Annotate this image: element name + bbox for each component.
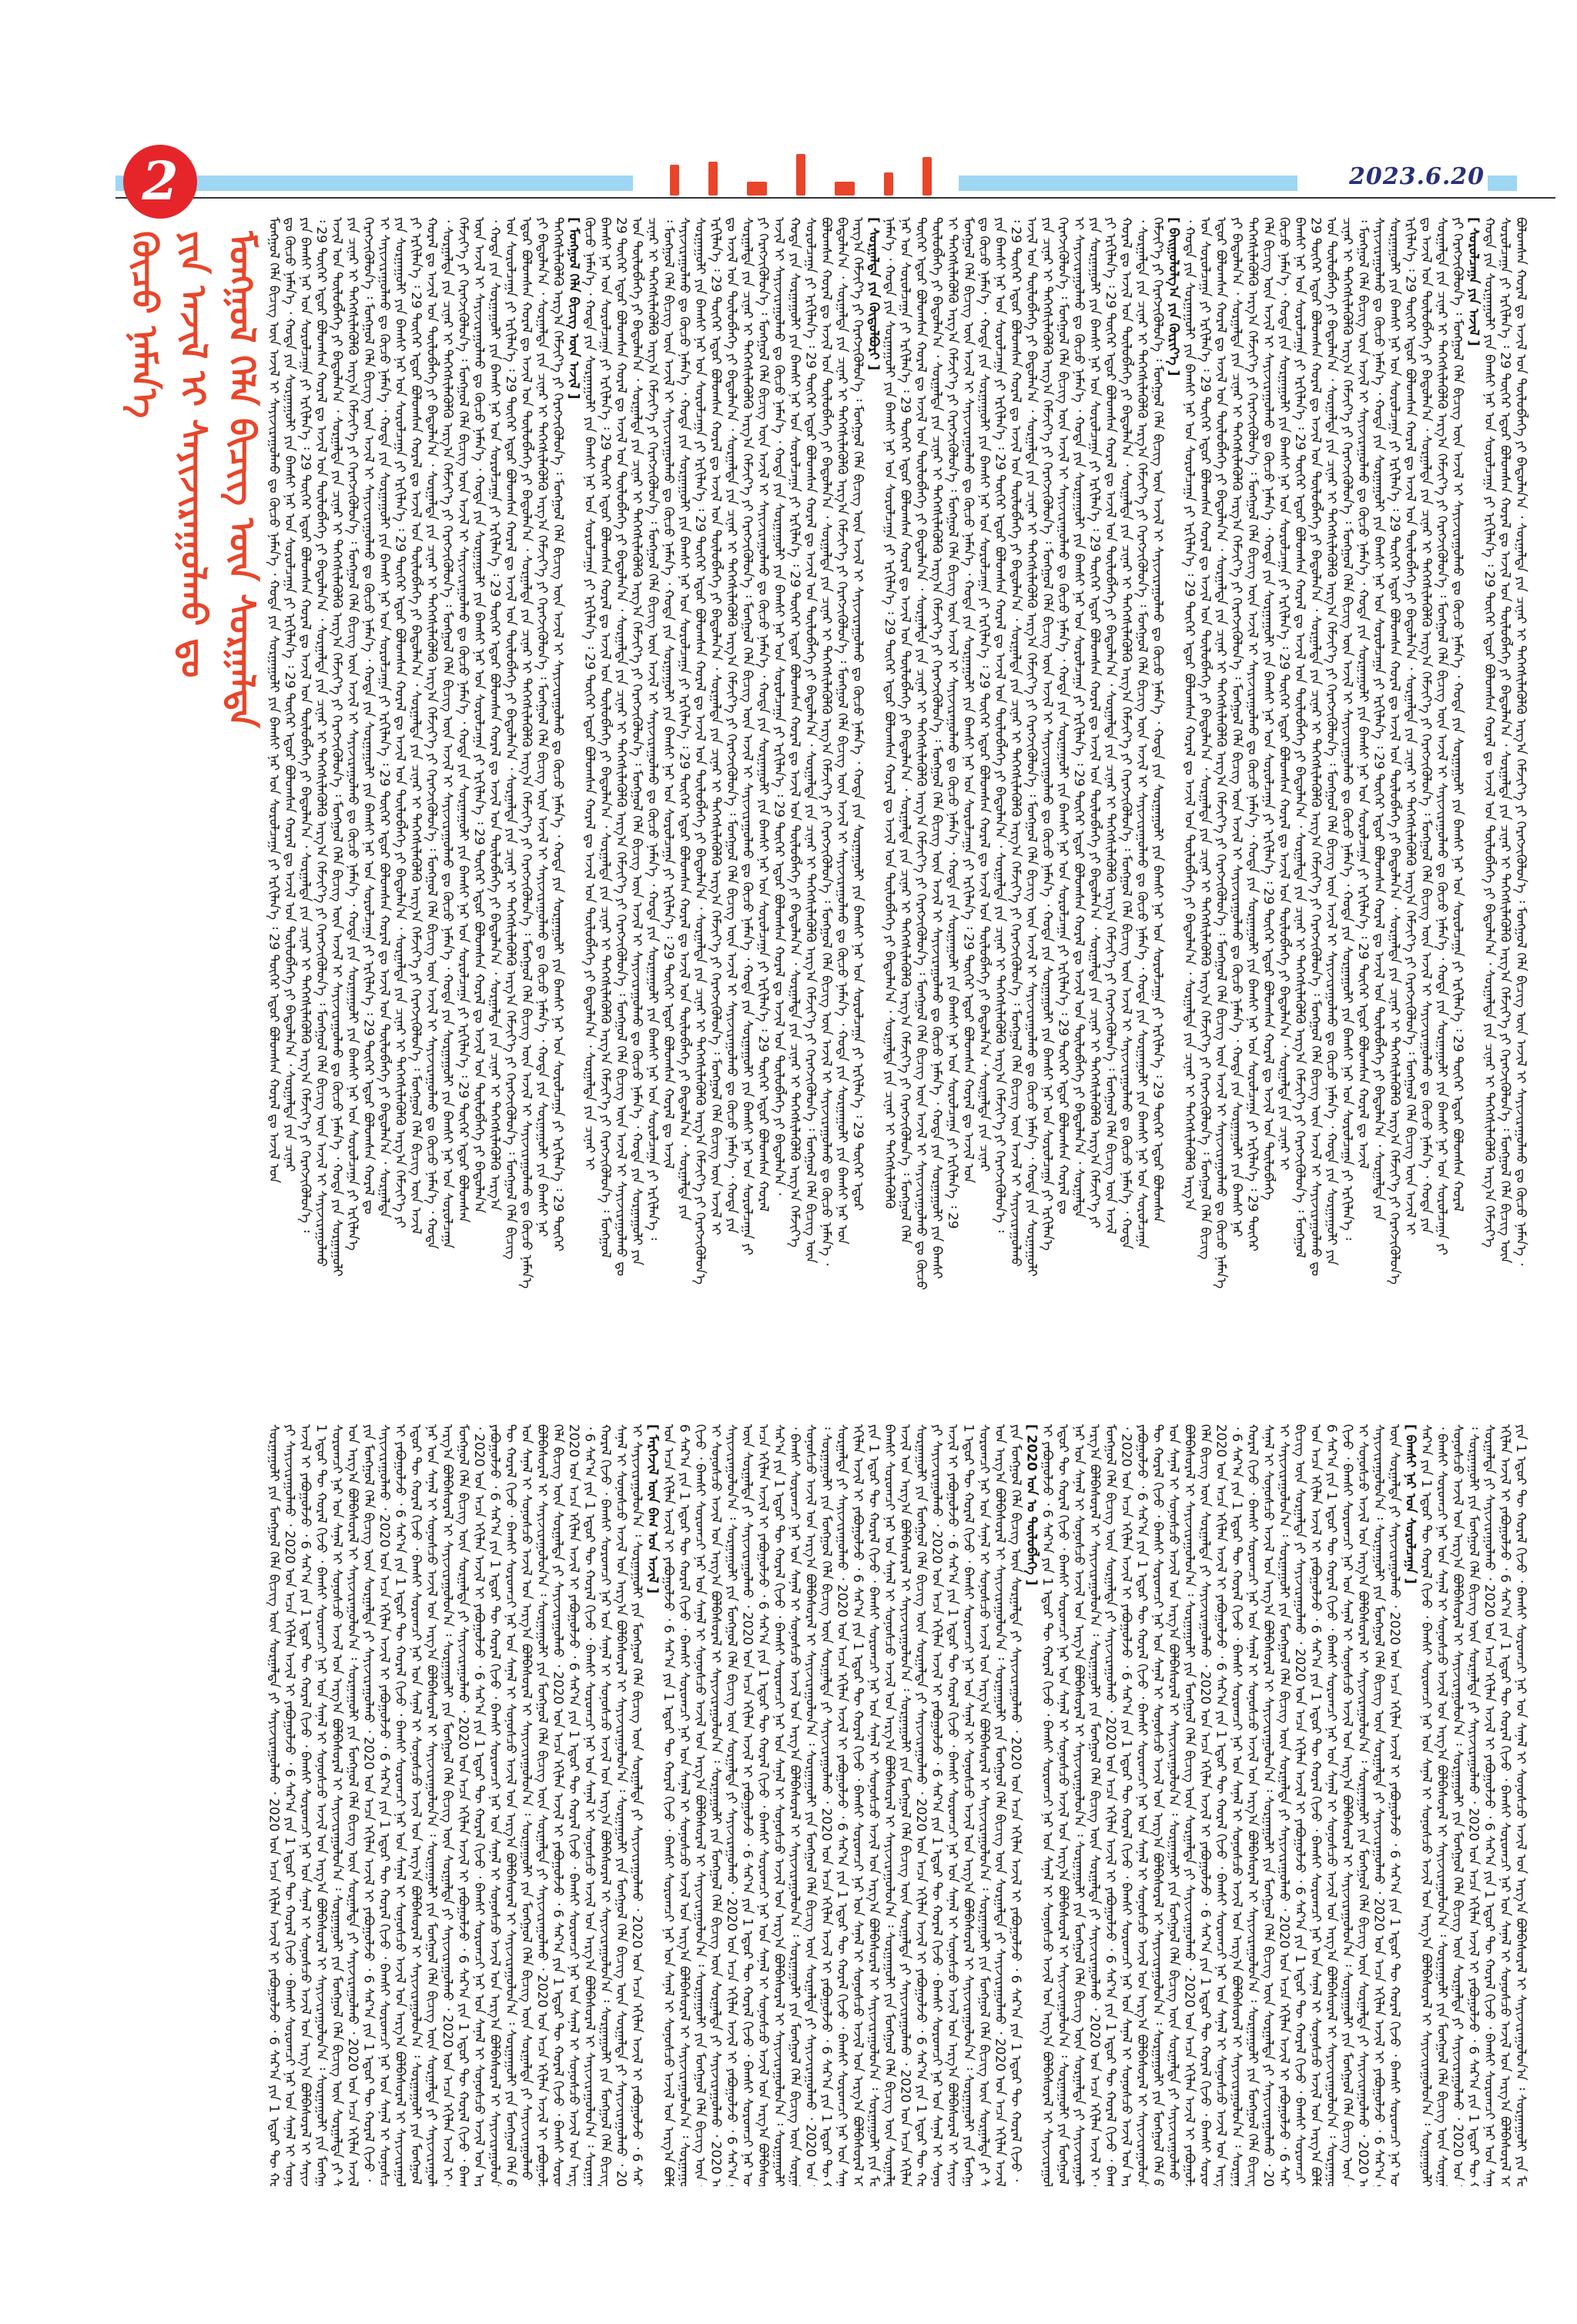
text-column: ᠤᠨ ᠰᠤᠷᠤᠯᠴᠠᠭᠠ ᠶᠢ ᠡᠷᠬᠢᠯᠡᠨ᠎ᠡ ᠄ 29 ᠳᠦᠭᠡᠷ ᠡᠳᠦ… xyxy=(1197,217,1214,1418)
headline-line: ᠶᠢᠨ ᠠᠵᠢᠯ ᠢ ᠰᠠᠶᠢᠵᠢᠷᠠᠭᠤᠯᠬᠤ ᠳᠤ xyxy=(172,231,213,1694)
text-column: ᠬᠡᠯᠡ ᠪᠢᠴᠢᠭ ᠦᠨ ᠠᠵᠢᠯ ᠢ ᠰᠠᠶᠢᠵᠢᠷᠠᠭᠤᠯᠬᠤ ᠳᠤ ᠬᠦ… xyxy=(1261,217,1277,1418)
text-column: ᠂ 2020 ᠣᠨ ᠠᠴᠠ ᠡᠬᠢᠯᠡᠨ ᠠᠵᠢᠯ ᠢ ᠶᠠᠪᠤᠭᠤᠯᠵᠤ ᠂ … xyxy=(1118,1424,1134,2186)
text-column: ᠡᠳᠦᠷ ᠲᠦ ᠬᠤᠷᠠᠯ ᠬᠢᠵᠦ ᠂ ᠪᠠᠭᠰᠢ ᠰᠤᠷᠤᠭᠴᠢ ᠨᠠᠷ ᠤ… xyxy=(1055,1424,1071,2186)
text-column: ᠰᠤᠷᠭᠠᠭᠤᠯᠢ ᠶᠢᠨ ᠮᠣᠩᠭᠣᠯ ᠬᠡᠯᠡ ᠪᠢᠴᠢᠭ ᠦᠨ ᠰᠤᠷᠭᠠ… xyxy=(266,1424,282,2186)
text-column: ᠰᠠᠨᠠᠯ ᠢ ᠰᠣᠨᠣᠰᠴᠤ ᠠᠵᠢᠯ ᠤᠨ ᠠᠷᠭ᠎ᠠ ᠪᠣᠯᠪᠠᠰᠤᠷᠠᠯ… xyxy=(613,1424,629,2186)
text-column: ᠪᠢᠴᠢᠭ ᠦᠨ ᠰᠤᠷᠭᠠᠯᠲᠠ ᠶᠢ ᠰᠠᠶᠢᠵᠢᠷᠠᠭᠤᠯᠬᠤ ᠂ 202… xyxy=(1292,1424,1308,2186)
text-column: ᠮᠣᠩᠭᠣᠯ ᠬᠡᠯᠡ ᠪᠢᠴᠢᠭ ᠦᠨ ᠠᠵᠢᠯ ᠢ ᠰᠠᠶᠢᠵᠢᠷᠠᠭᠤᠯᠬ… xyxy=(266,217,282,1418)
headline: ᠮᠣᠩᠭᠣᠯ ᠬᠡᠯᠡ ᠪᠢᠴᠢᠭ ᠦᠨ ᠰᠤᠷᠭᠠᠯᠲᠠ ᠶᠢᠨ ᠠᠵᠢᠯ ᠢ… xyxy=(123,231,262,1694)
text-column: ᠳᠤ ᠠᠵᠢᠯ ᠤᠨ ᠲᠥᠯᠦᠪᠯᠡᠭᠡ ᠶᠢ ᠪᠠᠲᠤᠯᠠᠨ᠎ᠠ ᠂ ᠰᠤᠷᠭ… xyxy=(724,217,740,1418)
text-column: ᠰᠤᠷᠭᠠᠯᠲᠠ ᠶᠢ ᠰᠠᠶᠢᠵᠢᠷᠠᠭᠤᠯᠬᠤ ᠂ 2020 ᠣᠨ ᠠᠴᠠ … xyxy=(834,1424,850,2186)
text-column: ᠂ ᠰᠤᠷᠭᠠᠯᠲᠠ ᠶᠢᠨ ᠴᠢᠨᠠᠷ ᠢ ᠳᠡᠭᠡᠭᠰᠢᠯᠡᠭᠦᠯᠬᠦ ᠠᠷ… xyxy=(440,217,456,1418)
text-column: ᠳᠤ ᠬᠦᠴᠦ ᠨᠡᠮᠡᠨ᠎ᠡ ᠂ ᠬᠣᠲᠠ ᠶᠢᠨ ᠰᠤᠷᠭᠠᠭᠤᠯᠢ ᠶᠢᠨ… xyxy=(976,217,993,1418)
text-column: ᠶᠢᠨ ᠴᠢᠨᠠᠷ ᠢ ᠳᠡᠭᠡᠭᠰᠢᠯᠡᠭᠦᠯᠬᠦ ᠠᠷᠭ᠎ᠠ ᠬᠡᠮᠵᠢᠶ᠎… xyxy=(1040,217,1056,1418)
text-column: ᠄ ᠮᠣᠩᠭᠣᠯ ᠬᠡᠯᠡ ᠪᠢᠴᠢᠭ ᠦᠨ ᠠᠵᠢᠯ ᠢ ᠰᠠᠶᠢᠵᠢᠷᠠᠭᠤ… xyxy=(661,217,677,1418)
text-column: ᠰᠤᠷᠤᠯᠴᠠᠭᠠ ᠶᠢ ᠡᠷᠬᠢᠯᠡᠨ᠎ᠡ ᠄ 29 ᠳᠦᠭᠡᠷ ᠡᠳᠦᠷ ᠪ… xyxy=(802,217,819,1418)
text-column: ᠰᠤᠷᠭᠠᠯᠲᠠ ᠶᠢ ᠰᠠᠶᠢᠵᠢᠷᠠᠭᠤᠯᠬᠤ ᠂ 2020 ᠣᠨ ᠠᠴᠠ … xyxy=(1482,1424,1498,2186)
text-column: ᠡᠬᠢᠯᠡᠨ ᠠᠵᠢᠯ ᠢ ᠶᠠᠪᠤᠭᠤᠯᠵᠤ ᠂ 6 ᠰᠠᠷ᠎ᠠ ᠶᠢᠨ 1 … xyxy=(1497,1424,1513,2186)
text-column: ᠮᠣᠩᠭᠣᠯ ᠬᠡᠯᠡ ᠪᠢᠴᠢᠭ ᠦᠨ ᠰᠤᠷᠭᠠᠯᠲᠠ ᠶᠢ ᠰᠠᠶᠢᠵᠢᠷ… xyxy=(1103,1424,1119,2186)
text-column: ᠂ 6 ᠰᠠᠷ᠎ᠠ ᠶᠢᠨ 1 ᠡᠳᠦᠷ ᠲᠦ ᠬᠤᠷᠠᠯ ᠬᠢᠵᠦ ᠂ ᠪᠠᠭ… xyxy=(1229,1424,1245,2186)
text-column: ᠢ ᠳᠡᠭᠡᠭᠰᠢᠯᠡᠭᠦᠯᠬᠦ ᠠᠷᠭ᠎ᠠ ᠬᠡᠮᠵᠢᠶ᠎ᠡ ᠶᠢ ᠬᠡᠷᠡᠭ… xyxy=(945,217,961,1418)
text-column: ᠶᠢ ᠬᠡᠷᠡᠭᠵᠢᠭᠦᠯᠦᠨ᠎ᠡ ᠄ ᠮᠣᠩᠭᠣᠯ ᠬᠡᠯᠡ ᠪᠢᠴᠢᠭ ᠦᠨ… xyxy=(755,217,772,1418)
header-bar-right xyxy=(1488,176,1517,191)
text-column: ᠰᠠᠶᠢᠵᠢᠷᠠᠭᠤᠯᠬᠤ ᠳᠤ ᠬᠦᠴᠦ ᠨᠡᠮᠡᠨ᠎ᠡ ᠂ ᠬᠣᠲᠠ ᠶᠢᠨ… xyxy=(676,217,692,1418)
text-column: ᠢ ᠶᠠᠪᠤᠭᠤᠯᠵᠤ ᠂ 6 ᠰᠠᠷ᠎ᠠ ᠶᠢᠨ 1 ᠡᠳᠦᠷ ᠲᠦ ᠬᠤᠷᠠ… xyxy=(1040,1424,1056,2186)
text-column: ᠰᠤᠷᠤᠭᠴᠢ ᠨᠠᠷ ᠤᠨ ᠰᠠᠨᠠᠯ ᠢ ᠰᠣᠨᠣᠰᠴᠤ ᠠᠵᠢᠯ ᠤᠨ ᠠ… xyxy=(976,1424,993,2186)
text-column: ᠰᠠᠶᠢᠵᠢᠷᠠᠭᠤᠯᠤᠨ᠎ᠠ ᠄ ᠰᠤᠷᠭᠠᠭᠤᠯᠢ ᠶᠢᠨ ᠮᠣᠩᠭᠣᠯ ᠬ… xyxy=(1371,1424,1387,2186)
section-subheading: [ ᠰᠤᠷᠭᠠᠯᠲᠠ ᠶᠢᠨ ᠬᠥᠲᠥᠯᠪᠦᠷᠢ ] xyxy=(866,217,882,1418)
text-column: ᠤᠨ ᠰᠠᠨᠠᠯ ᠢ ᠰᠣᠨᠣᠰᠴᠤ ᠠᠵᠢᠯ ᠤᠨ ᠠᠷᠭ᠎ᠠ ᠪᠣᠯᠪᠠᠰᠤ… xyxy=(518,1424,534,2186)
text-column: ᠄ ᠰᠤᠷᠭᠠᠭᠤᠯᠢ ᠶᠢᠨ ᠮᠣᠩᠭᠣᠯ ᠬᠡᠯᠡ ᠪᠢᠴᠢᠭ ᠦᠨ ᠰᠤᠷ… xyxy=(819,1424,835,2186)
section-subheading: [ ᠰᠤᠷᠤᠯᠴᠠᠭᠠ ᠶᠢᠨ ᠠᠵᠢᠯ ] xyxy=(1465,217,1482,1418)
text-column: ᠴᠢᠨᠠᠷ ᠢ ᠳᠡᠭᠡᠭᠰᠢᠯᠡᠭᠦᠯᠬᠦ ᠠᠷᠭ᠎ᠠ ᠬᠡᠮᠵᠢᠶ᠎ᠡ ᠶᠢ… xyxy=(645,217,661,1418)
text-column: ᠪᠣᠯᠪᠠᠰᠤᠷᠠᠯ ᠢ ᠰᠠᠶᠢᠵᠢᠷᠠᠭᠤᠯᠤᠨ᠎ᠠ ᠄ ᠰᠤᠷᠭᠠᠭᠤᠯᠢ… xyxy=(1181,1424,1197,2186)
text-column: ᠪᠠᠭᠰᠢ ᠰᠤᠷᠤᠭᠴᠢ ᠨᠠᠷ ᠤᠨ ᠰᠠᠨᠠᠯ ᠢ ᠰᠣᠨᠣᠰᠴᠤ ᠠᠵᠢ… xyxy=(882,1424,898,2186)
text-column: 1 ᠡᠳᠦᠷ ᠲᠦ ᠬᠤᠷᠠᠯ ᠬᠢᠵᠦ ᠂ ᠪᠠᠭᠰᠢ ᠰᠤᠷᠤᠭᠴᠢ ᠨᠠᠷ… xyxy=(313,1424,330,2186)
text-column: ᠬᠤᠷᠠᠯ ᠳᠤ ᠠᠵᠢᠯ ᠤᠨ ᠲᠥᠯᠦᠪᠯᠡᠭᠡ ᠶᠢ ᠪᠠᠲᠤᠯᠠᠨ᠎ᠠ … xyxy=(1118,217,1134,1418)
article-lower-section: ᠰᠤᠷᠭᠠᠭᠤᠯᠢ ᠶᠢᠨ ᠮᠣᠩᠭᠣᠯ ᠬᠡᠯᠡ ᠪᠢᠴᠢᠭ ᠦᠨ ᠰᠤᠷᠭᠠ… xyxy=(266,1424,1544,2186)
text-column: ᠲᠦ ᠬᠤᠷᠠᠯ ᠬᠢᠵᠦ ᠂ ᠪᠠᠭᠰᠢ ᠰᠤᠷᠤᠭᠴᠢ ᠨᠠᠷ ᠤᠨ ᠰᠠᠨ… xyxy=(1150,1424,1166,2186)
masthead-title xyxy=(670,154,932,196)
text-column: ᠣᠨ ᠠᠴᠠ ᠡᠬᠢᠯᠡᠨ ᠠᠵᠢᠯ ᠢ ᠶᠠᠪᠤᠭᠤᠯᠵᠤ ᠂ 6 ᠰᠠᠷ᠎ᠠ… xyxy=(1307,1424,1324,2186)
text-column: ᠰᠠᠶᠢᠵᠢᠷᠠᠭᠤᠯᠬᠤ ᠳᠤ ᠬᠦᠴᠦ ᠨᠡᠮᠡᠨ᠎ᠡ ᠂ ᠬᠣᠲᠠ ᠶᠢᠨ… xyxy=(1371,217,1387,1418)
text-column: ᠶᠢ ᠰᠠᠶᠢᠵᠢᠷᠠᠭᠤᠯᠬᠤ ᠂ 2020 ᠣᠨ ᠠᠴᠠ ᠡᠬᠢᠯᠡᠨ ᠠᠵ… xyxy=(282,1424,298,2186)
text-column: ᠄ ᠮᠣᠩᠭᠣᠯ ᠬᠡᠯᠡ ᠪᠢᠴᠢᠭ ᠦᠨ ᠠᠵᠢᠯ ᠢ ᠰᠠᠶᠢᠵᠢᠷᠠᠭᠤ… xyxy=(1355,217,1371,1418)
text-column: ᠢ ᠰᠠᠶᠢᠵᠢᠷᠠᠭᠤᠯᠤᠨ᠎ᠠ ᠄ ᠰᠤᠷᠭᠠᠭᠤᠯᠢ ᠶᠢᠨ ᠮᠣᠩᠭᠣᠯ… xyxy=(629,1424,645,2186)
section-subheading: [ ᠮᠣᠩᠭᠣᠯ ᠬᠡᠯᠡ ᠪᠢᠴᠢᠭ ᠦᠨ ᠠᠵᠢᠯ ] xyxy=(566,217,582,1418)
text-column: ᠨᠠᠷ ᠤᠨ ᠰᠠᠨᠠᠯ ᠢ ᠰᠣᠨᠣᠰᠴᠤ ᠠᠵᠢᠯ ᠤᠨ ᠠᠷᠭ᠎ᠠ ᠪᠣᠯ… xyxy=(424,1424,440,2186)
text-column: ᠦᠨ ᠰᠤᠷᠭᠠᠯᠲᠠ ᠶᠢ ᠰᠠᠶᠢᠵᠢᠷᠠᠭᠤᠯᠬᠤ ᠂ 2020 ᠣᠨ ᠠ… xyxy=(1387,1424,1403,2186)
text-column: ᠪᠠᠭᠰᠢ ᠨᠠᠷ ᠤᠨ ᠰᠤᠷᠤᠯᠴᠠᠭᠠ ᠶᠢ ᠡᠷᠬᠢᠯᠡᠨ᠎ᠡ ᠄ 29… xyxy=(1292,217,1308,1418)
issue-date: 2023.6.20 xyxy=(1349,163,1485,190)
text-column: ᠰᠤᠷᠤᠭᠴᠢ ᠨᠠᠷ ᠤᠨ ᠰᠠᠨᠠᠯ ᠢ ᠰᠣᠨᠣᠰᠴᠤ ᠠᠵᠢᠯ ᠤᠨ ᠠ… xyxy=(329,1424,345,2186)
text-column: ᠬᠡᠮᠵᠢᠶ᠎ᠡ ᠶᠢ ᠬᠡᠷᠡᠭᠵᠢᠭᠦᠯᠦᠨ᠎ᠡ ᠄ ᠮᠣᠩᠭᠣᠯ ᠬᠡᠯᠡ… xyxy=(455,217,471,1418)
text-column: ᠶᠠᠪᠤᠭᠤᠯᠵᠤ ᠂ 6 ᠰᠠᠷ᠎ᠠ ᠶᠢᠨ 1 ᠡᠳᠦᠷ ᠲᠦ ᠬᠤᠷᠠᠯ … xyxy=(487,1424,503,2186)
text-column: ᠬᠡᠯᠡ ᠪᠢᠴᠢᠭ ᠦᠨ ᠰᠤᠷᠭᠠᠯᠲᠠ ᠶᠢ ᠰᠠᠶᠢᠵᠢᠷᠠᠭᠤᠯᠬᠤ … xyxy=(550,1424,566,2186)
text-column: ᠠᠷᠭ᠎ᠠ ᠪᠣᠯᠪᠠᠰᠤᠷᠠᠯ ᠢ ᠰᠠᠶᠢᠵᠢᠷᠠᠭᠤᠯᠤᠨ᠎ᠠ ᠄ ᠰᠤᠷ… xyxy=(440,1424,456,2186)
text-column: ᠰᠠᠷ᠎ᠠ ᠶᠢᠨ 1 ᠡᠳᠦᠷ ᠲᠦ ᠬᠤᠷᠠᠯ ᠬᠢᠵᠦ ᠂ ᠪᠠᠭᠰᠢ ᠰ… xyxy=(1418,1424,1435,2186)
text-column: ᠠᠴᠠ ᠡᠬᠢᠯᠡᠨ ᠠᠵᠢᠯ ᠢ ᠶᠠᠪᠤᠭᠤᠯᠵᠤ ᠂ 6 ᠰᠠᠷ᠎ᠠ ᠶᠢ… xyxy=(755,1424,772,2186)
text-column: ᠣᠨ ᠠᠴᠠ ᠡᠬᠢᠯᠡᠨ ᠠᠵᠢᠯ ᠢ ᠶᠠᠪᠤᠭᠤᠯᠵᠤ ᠂ 6 ᠰᠠᠷ᠎ᠠ… xyxy=(661,1424,677,2186)
text-column: 29 ᠳᠦᠭᠡᠷ ᠡᠳᠦᠷ ᠪᠣᠯᠤᠭᠰᠠᠨ ᠬᠤᠷᠠᠯ ᠳᠤ ᠠᠵᠢᠯ ᠤᠨ … xyxy=(1307,217,1324,1418)
text-column: ᠡᠳᠦᠷ ᠪᠣᠯᠤᠭᠰᠠᠨ ᠬᠤᠷᠠᠯ ᠳᠤ ᠠᠵᠢᠯ ᠤᠨ ᠲᠥᠯᠦᠪᠯᠡᠭᠡ… xyxy=(518,217,534,1418)
text-column: ᠳᠡᠭᠡᠭᠰᠢᠯᠡᠭᠦᠯᠬᠦ ᠠᠷᠭ᠎ᠠ ᠬᠡᠮᠵᠢᠶ᠎ᠡ ᠶᠢ ᠬᠡᠷᠡᠭᠵᠢ… xyxy=(1244,217,1261,1418)
text-column: ᠂ ᠰᠤᠷᠭᠠᠯᠲᠠ ᠶᠢᠨ ᠴᠢᠨᠠᠷ ᠢ ᠳᠡᠭᠡᠭᠰᠢᠯᠡᠭᠦᠯᠬᠦ ᠠᠷ… xyxy=(1134,217,1150,1418)
text-column: ᠬᠤᠷᠠᠯ ᠬᠢᠵᠦ ᠂ ᠪᠠᠭᠰᠢ ᠰᠤᠷᠤᠭᠴᠢ ᠨᠠᠷ ᠤᠨ ᠰᠠᠨᠠᠯ … xyxy=(1244,1424,1261,2186)
text-column: ᠢ ᠰᠠᠶᠢᠵᠢᠷᠠᠭᠤᠯᠬᠤ ᠳᠤ ᠬᠦᠴᠦ ᠨᠡᠮᠡᠨ᠎ᠡ ᠂ ᠬᠣᠲᠠ ᠶ… xyxy=(1071,217,1087,1418)
text-column: ᠠᠵᠢᠯ ᠢ ᠶᠠᠪᠤᠭᠤᠯᠵᠤ ᠂ 6 ᠰᠠᠷ᠎ᠠ ᠶᠢᠨ 1 ᠡᠳᠦᠷ ᠲᠦ… xyxy=(297,1424,313,2186)
text-column: 2020 ᠣᠨ ᠠᠴᠠ ᠡᠬᠢᠯᠡᠨ ᠠᠵᠢᠯ ᠢ ᠶᠠᠪᠤᠭᠤᠯᠵᠤ ᠂ 6 … xyxy=(1213,1424,1229,2186)
text-column: ᠢ ᠰᠣᠨᠣᠰᠴᠤ ᠠᠵᠢᠯ ᠤᠨ ᠠᠷᠭ᠎ᠠ ᠪᠣᠯᠪᠠᠰᠤᠷᠠᠯ ᠢ ᠰᠠᠶ… xyxy=(1355,1424,1371,2186)
text-column: ᠶᠢᠨ ᠰᠤᠷᠭᠠᠭᠤᠯᠢ ᠶᠢᠨ ᠪᠠᠭᠰᠢ ᠨᠠᠷ ᠤᠨ ᠰᠤᠷᠤᠯᠴᠠᠭᠠ… xyxy=(392,217,408,1418)
text-column: ᠠᠵᠢᠯ ᠢ ᠰᠠᠶᠢᠵᠢᠷᠠᠭᠤᠯᠬᠤ ᠳᠤ ᠬᠦᠴᠦ ᠨᠡᠮᠡᠨ᠎ᠡ ᠂ ᠬ… xyxy=(771,217,787,1418)
text-column: ᠂ ᠪᠠᠭᠰᠢ ᠰᠤᠷᠤᠭᠴᠢ ᠨᠠᠷ ᠤᠨ ᠰᠠᠨᠠᠯ ᠢ ᠰᠣᠨᠣᠰᠴᠤ ᠠ… xyxy=(787,1424,803,2186)
text-column: ᠬᠣᠲᠠ ᠶᠢᠨ ᠰᠤᠷᠭᠠᠭᠤᠯᠢ ᠶᠢᠨ ᠪᠠᠭᠰᠢ ᠨᠠᠷ ᠤᠨ ᠰᠤᠷᠤ… xyxy=(787,217,803,1418)
text-column: ᠶᠢᠨ 1 ᠡᠳᠦᠷ ᠲᠦ ᠬᠤᠷᠠᠯ ᠬᠢᠵᠦ ᠂ ᠪᠠᠭᠰᠢ ᠰᠤᠷᠤᠭᠴᠢ… xyxy=(1513,1424,1529,2186)
text-column: ᠨᠡᠮᠡᠨ᠎ᠡ ᠂ ᠬᠣᠲᠠ ᠶᠢᠨ ᠰᠤᠷᠭᠠᠭᠤᠯᠢ ᠶᠢᠨ ᠪᠠᠭᠰᠢ ᠨ… xyxy=(882,217,898,1418)
text-column: ᠪᠣᠯᠪᠠᠰᠤᠷᠠᠯ ᠢ ᠰᠠᠶᠢᠵᠢᠷᠠᠭᠤᠯᠤᠨ᠎ᠠ ᠄ ᠰᠤᠷᠭᠠᠭᠤᠯᠢ… xyxy=(534,1424,551,2186)
text-column: ᠬᠡᠯᠡ ᠪᠢᠴᠢᠭ ᠦᠨ ᠰᠤᠷᠭᠠᠯᠲᠠ ᠶᠢ ᠰᠠᠶᠢᠵᠢᠷᠠᠭᠤᠯᠬᠤ … xyxy=(1197,1424,1214,2186)
text-column: ᠰᠠᠶᠢᠵᠢᠷᠠᠭᠤᠯᠬᠤ ᠂ 2020 ᠣᠨ ᠠᠴᠠ ᠡᠬᠢᠯᠡᠨ ᠠᠵᠢᠯ … xyxy=(377,1424,393,2186)
text-column: ᠠᠵᠢᠯ ᠢ ᠶᠠᠪᠤᠭᠤᠯᠵᠤ ᠂ 6 ᠰᠠᠷ᠎ᠠ ᠶᠢᠨ 1 ᠡᠳᠦᠷ ᠲᠦ… xyxy=(945,1424,961,2186)
text-column: ᠶᠢᠨ ᠮᠣᠩᠭᠣᠯ ᠬᠡᠯᠡ ᠪᠢᠴᠢᠭ ᠦᠨ ᠰᠤᠷᠭᠠᠯᠲᠠ ᠶᠢ ᠰᠠᠶ… xyxy=(1008,1424,1024,2186)
text-column: ᠬᠡᠷᠡᠭᠵᠢᠭᠦᠯᠦᠨ᠎ᠡ ᠄ ᠮᠣᠩᠭᠣᠯ ᠬᠡᠯᠡ ᠪᠢᠴᠢᠭ ᠦᠨ ᠠᠵ… xyxy=(1055,217,1071,1418)
section-subheading: [ ᠪᠠᠢᠭᠤᠯᠤᠯᠭ᠎ᠠ ᠶᠢᠨ ᠬᠦᠷᠢᠶ᠎ᠡ ] xyxy=(1166,217,1182,1418)
text-column: ᠰᠤᠷᠭᠠᠯᠲᠠ ᠶᠢᠨ ᠴᠢᠨᠠᠷ ᠢ ᠳᠡᠭᠡᠭᠰᠢᠯᠡᠭᠦᠯᠬᠦ ᠠᠷᠭ᠎… xyxy=(1434,217,1450,1418)
section-subheading: [ 2020 ᠣᠨ ᠤ ᠲᠥᠯᠦᠪᠯᠡᠭᠡ ] xyxy=(1023,1424,1040,2186)
text-column: ᠡᠳᠦᠷ ᠪᠣᠯᠤᠭᠰᠠᠨ ᠬᠤᠷᠠᠯ ᠳᠤ ᠠᠵᠢᠯ ᠤᠨ ᠲᠥᠯᠦᠪᠯᠡᠭᠡ… xyxy=(1213,217,1229,1418)
text-column: ᠰᠤᠷᠭᠠᠯᠲᠠ ᠶᠢᠨ ᠴᠢᠨᠠᠷ ᠢ ᠳᠡᠭᠡᠭᠰᠢᠯᠡᠭᠦᠯᠬᠦ ᠠᠷᠭ᠎… xyxy=(739,217,755,1418)
text-column: ᠰᠠᠷ᠎ᠠ ᠶᠢᠨ 1 ᠡᠳᠦᠷ ᠲᠦ ᠬᠤᠷᠠᠯ ᠬᠢᠵᠦ ᠂ ᠪᠠᠭᠰᠢ ᠰ… xyxy=(771,1424,787,2186)
text-column: ᠡᠳᠦᠷ ᠲᠦ ᠬᠤᠷᠠᠯ ᠬᠢᠵᠦ ᠂ ᠪᠠᠭᠰᠢ ᠰᠤᠷᠤᠭᠴᠢ ᠨᠠᠷ ᠤ… xyxy=(408,1424,424,2186)
text-column: ᠲᠦ ᠬᠤᠷᠠᠯ ᠬᠢᠵᠦ ᠂ ᠪᠠᠭᠰᠢ ᠰᠤᠷᠤᠭᠴᠢ ᠨᠠᠷ ᠤᠨ ᠰᠠᠨ… xyxy=(503,1424,519,2186)
text-column: ᠠᠵᠢᠯ ᠤᠨ ᠲᠥᠯᠦᠪᠯᠡᠭᠡ ᠶᠢ ᠪᠠᠲᠤᠯᠠᠨ᠎ᠠ ᠂ ᠰᠤᠷᠭᠠᠯᠲ… xyxy=(1023,217,1040,1418)
text-column: ᠪᠠᠭᠰᠢ ᠨᠠᠷ ᠤᠨ ᠰᠤᠷᠤᠯᠴᠠᠭᠠ ᠶᠢ ᠡᠷᠬᠢᠯᠡᠨ᠎ᠡ ᠄ 29… xyxy=(598,217,614,1418)
text-column: ᠄ 29 ᠳᠦᠭᠡᠷ ᠡᠳᠦᠷ ᠪᠣᠯᠤᠭᠰᠠᠨ ᠬᠤᠷᠠᠯ ᠳᠤ ᠠᠵᠢᠯ ᠤ… xyxy=(313,217,330,1418)
text-column: ᠤᠨ ᠰᠤᠷᠤᠯᠴᠠᠭᠠ ᠶᠢ ᠡᠷᠬᠢᠯᠡᠨ᠎ᠡ ᠄ 29 ᠳᠦᠭᠡᠷ ᠡᠳᠦ… xyxy=(503,217,519,1418)
text-column: 1 ᠡᠳᠦᠷ ᠲᠦ ᠬᠤᠷᠠᠯ ᠬᠢᠵᠦ ᠂ ᠪᠠᠭᠰᠢ ᠰᠤᠷᠤᠭᠴᠢ ᠨᠠᠷ… xyxy=(960,1424,976,2186)
article-upper-section: ᠮᠣᠩᠭᠣᠯ ᠬᠡᠯᠡ ᠪᠢᠴᠢᠭ ᠦᠨ ᠠᠵᠢᠯ ᠢ ᠰᠠᠶᠢᠵᠢᠷᠠᠭᠤᠯᠬ… xyxy=(266,217,1544,1418)
text-column: ᠄ 29 ᠳᠦᠭᠡᠷ ᠡᠳᠦᠷ ᠪᠣᠯᠤᠭᠰᠠᠨ ᠬᠤᠷᠠᠯ ᠳᠤ ᠠᠵᠢᠯ ᠤ… xyxy=(1008,217,1024,1418)
section-subheading: [ ᠮᠡᠷᠭᠡᠵᠢᠯ ᠦᠨ ᠪᠠᠭ ᠤᠨ ᠠᠵᠢᠯ ] xyxy=(645,1424,661,2186)
text-column: ᠰᠤᠷᠭᠠᠭᠤᠯᠢ ᠶᠢᠨ ᠪᠠᠭᠰᠢ ᠨᠠᠷ ᠤᠨ ᠰᠤᠷᠤᠯᠴᠠᠭᠠ ᠶᠢ … xyxy=(692,217,708,1418)
text-column: ᠰᠤᠷᠭᠠᠭᠤᠯᠢ ᠶᠢᠨ ᠪᠠᠭᠰᠢ ᠨᠠᠷ ᠤᠨ ᠰᠤᠷᠤᠯᠴᠠᠭᠠ ᠶᠢ … xyxy=(1387,217,1403,1418)
text-column: ᠄ ᠰᠤᠷᠭᠠᠭᠤᠯᠢ ᠶᠢᠨ ᠮᠣᠩᠭᠣᠯ ᠬᠡᠯᠡ ᠪᠢᠴᠢᠭ ᠦᠨ ᠰᠤᠷ… xyxy=(1465,1424,1482,2186)
text-column: ᠶᠢᠨ ᠮᠣᠩᠭᠣᠯ ᠬᠡᠯᠡ ᠪᠢᠴᠢᠭ ᠦᠨ ᠰᠤᠷᠭᠠᠯᠲᠠ ᠶᠢ ᠰᠠᠶ… xyxy=(360,1424,377,2186)
text-column: ᠮᠣᠩᠭᠣᠯ ᠬᠡᠯᠡ ᠪᠢᠴᠢᠭ ᠦᠨ ᠰᠤᠷᠭᠠᠯᠲᠠ ᠶᠢ ᠰᠠᠶᠢᠵᠢᠷ… xyxy=(455,1424,471,2186)
text-column: ᠳᠦᠭᠡᠷ ᠡᠳᠦᠷ ᠪᠣᠯᠤᠭᠰᠠᠨ ᠬᠤᠷᠠᠯ ᠳᠤ ᠠᠵᠢᠯ ᠤᠨ ᠲᠥᠯ… xyxy=(913,217,929,1418)
text-column: ᠪᠣᠯᠤᠭᠰᠠᠨ ᠬᠤᠷᠠᠯ ᠳᠤ ᠠᠵᠢᠯ ᠤᠨ ᠲᠥᠯᠦᠪᠯᠡᠭᠡ ᠶᠢ ᠪ… xyxy=(819,217,835,1418)
text-column: ᠰᠤᠷᠤᠯᠴᠠᠭᠠ ᠶᠢ ᠡᠷᠬᠢᠯᠡᠨ᠎ᠡ ᠄ 29 ᠳᠦᠭᠡᠷ ᠡᠳᠦᠷ ᠪ… xyxy=(1497,217,1513,1418)
text-column: ᠶᠢᠨ ᠪᠠᠭᠰᠢ ᠨᠠᠷ ᠤᠨ ᠰᠤᠷᠤᠯᠴᠠᠭᠠ ᠶᠢ ᠡᠷᠬᠢᠯᠡᠨ᠎ᠡ … xyxy=(297,217,313,1418)
text-column: ᠰᠠᠶᠢᠵᠢᠷᠠᠭᠤᠯᠤᠨ᠎ᠠ ᠄ ᠰᠤᠷᠭᠠᠭᠤᠯᠢ ᠶᠢᠨ ᠮᠣᠩᠭᠣᠯ ᠬ… xyxy=(724,1424,740,2186)
text-column: ᠠᠵᠢᠯ ᠤᠨ ᠲᠥᠯᠦᠪᠯᠡᠭᠡ ᠶᠢ ᠪᠠᠲᠤᠯᠠᠨ᠎ᠠ ᠂ ᠰᠤᠷᠭᠠᠯᠲ… xyxy=(329,217,345,1418)
text-column: ᠰᠤᠷᠭᠠᠭᠤᠯᠢ ᠶᠢᠨ ᠮᠣᠩᠭᠣᠯ ᠬᠡᠯᠡ ᠪᠢᠴᠢᠭ ᠦᠨ ᠰᠤᠷᠭᠠ… xyxy=(913,1424,929,2186)
text-column: ᠬᠤᠷᠠᠯ ᠳᠤ ᠠᠵᠢᠯ ᠤᠨ ᠲᠥᠯᠦᠪᠯᠡᠭᠡ ᠶᠢ ᠪᠠᠲᠤᠯᠠᠨ᠎ᠠ … xyxy=(424,217,440,1418)
text-column: ᠶᠢᠨ 1 ᠡᠳᠦᠷ ᠲᠦ ᠬᠤᠷᠠᠯ ᠬᠢᠵᠦ ᠂ ᠪᠠᠭᠰᠢ ᠰᠤᠷᠤᠭᠴᠢ… xyxy=(866,1424,882,2186)
text-column: ᠤᠨ ᠲᠥᠯᠦᠪᠯᠡᠭᠡ ᠶᠢ ᠪᠠᠲᠤᠯᠠᠨ᠎ᠠ ᠂ ᠰᠤᠷᠭᠠᠯᠲᠠ ᠶᠢᠨ… xyxy=(629,217,645,1418)
text-column: ᠨᠠᠷ ᠤᠨ ᠰᠤᠷᠤᠯᠴᠠᠭᠠ ᠶᠢ ᠡᠷᠬᠢᠯᠡᠨ᠎ᠡ ᠄ 29 ᠳᠦᠭᠡᠷ… xyxy=(897,217,913,1418)
section-subheading: [ ᠪᠠᠭᠰᠢ ᠨᠠᠷ ᠤᠨ ᠰᠤᠷᠤᠯᠴᠠᠭᠠ ] xyxy=(1402,1424,1418,2186)
text-column: ᠦᠨ ᠰᠤᠷᠭᠠᠯᠲᠠ ᠶᠢ ᠰᠠᠶᠢᠵᠢᠷᠠᠭᠤᠯᠬᠤ ᠂ 2020 ᠣᠨ ᠠ… xyxy=(739,1424,755,2186)
text-column: ᠶᠢ ᠡᠷᠬᠢᠯᠡᠨ᠎ᠡ ᠄ 29 ᠳᠦᠭᠡᠷ ᠡᠳᠦᠷ ᠪᠣᠯᠤᠭᠰᠠᠨ ᠬᠤ… xyxy=(408,217,424,1418)
text-column: ᠰᠣᠨᠣᠰᠴᠤ ᠠᠵᠢᠯ ᠤᠨ ᠠᠷᠭ᠎ᠠ ᠪᠣᠯᠪᠠᠰᠤᠷᠠᠯ ᠢ ᠰᠠᠶᠢᠵ… xyxy=(1450,1424,1466,2186)
headline-line: ᠬᠦᠴᠦ ᠨᠡᠮᠡᠨ᠎ᠡ xyxy=(123,231,164,1694)
headline-line: ᠮᠣᠩᠭᠣᠯ ᠬᠡᠯᠡ ᠪᠢᠴᠢᠭ ᠦᠨ ᠰᠤᠷᠭᠠᠯᠲᠠ xyxy=(221,231,262,1694)
text-column: ᠂ ᠬᠣᠲᠠ ᠶᠢᠨ ᠰᠤᠷᠭᠠᠭᠤᠯᠢ ᠶᠢᠨ ᠪᠠᠭᠰᠢ ᠨᠠᠷ ᠤᠨ ᠰᠤ… xyxy=(1181,217,1197,1418)
text-column: ᠲᠥᠯᠦᠪᠯᠡᠭᠡ ᠶᠢ ᠪᠠᠲᠤᠯᠠᠨ᠎ᠠ ᠂ ᠰᠤᠷᠭᠠᠯᠲᠠ ᠶᠢᠨ ᠴᠢ… xyxy=(929,217,945,1418)
text-column: ᠂ ᠪᠠᠭᠰᠢ ᠰᠤᠷᠤᠭᠴᠢ ᠨᠠᠷ ᠤᠨ ᠰᠠᠨᠠᠯ ᠢ ᠰᠣᠨᠣᠰᠴᠤ ᠠ… xyxy=(1434,1424,1450,2186)
text-column: ᠬᠡᠷᠡᠭᠵᠢᠭᠦᠯᠦᠨ᠎ᠡ ᠄ ᠮᠣᠩᠭᠣᠯ ᠬᠡᠯᠡ ᠪᠢᠴᠢᠭ ᠦᠨ ᠠᠵ… xyxy=(360,217,377,1418)
text-column: ᠡᠷᠬᠢᠯᠡᠨ᠎ᠡ ᠄ 29 ᠳᠦᠭᠡᠷ ᠡᠳᠦᠷ ᠪᠣᠯᠤᠭᠰᠠᠨ ᠬᠤᠷᠠᠯ… xyxy=(708,217,724,1418)
text-column: ᠤᠨ ᠰᠠᠨᠠᠯ ᠢ ᠰᠣᠨᠣᠰᠴᠤ ᠠᠵᠢᠯ ᠤᠨ ᠠᠷᠭ᠎ᠠ ᠪᠣᠯᠪᠠᠰᠤ… xyxy=(1166,1424,1182,2186)
text-column: 2020 ᠣᠨ ᠠᠴᠠ ᠡᠬᠢᠯᠡᠨ ᠠᠵᠢᠯ ᠢ ᠶᠠᠪᠤᠭᠤᠯᠵᠤ ᠂ 6 … xyxy=(566,1424,582,2186)
text-column: ᠶᠢ ᠬᠡᠷᠡᠭᠵᠢᠭᠦᠯᠦᠨ᠎ᠡ ᠄ ᠮᠣᠩᠭᠣᠯ ᠬᠡᠯᠡ ᠪᠢᠴᠢᠭ ᠦᠨ… xyxy=(1450,217,1466,1418)
text-column: ᠨᠠᠷ ᠤᠨ ᠰᠠᠨᠠᠯ ᠢ ᠰᠣᠨᠣᠰᠴᠤ ᠠᠵᠢᠯ ᠤᠨ ᠠᠷᠭ᠎ᠠ ᠪᠣᠯ… xyxy=(1071,1424,1087,2186)
text-column: ᠡᠷᠬᠢᠯᠡᠨ᠎ᠡ ᠄ 29 ᠳᠦᠭᠡᠷ ᠡᠳᠦᠷ ᠪᠣᠯᠤᠭᠰᠠᠨ ᠬᠤᠷᠠᠯ… xyxy=(1402,217,1418,1418)
text-column: ᠂ 2020 ᠣᠨ ᠠᠴᠠ ᠡᠬᠢᠯᠡᠨ ᠠᠵᠢᠯ ᠢ ᠶᠠᠪᠤᠭᠤᠯᠵᠤ ᠂ … xyxy=(471,1424,487,2186)
text-column: ᠬᠣᠲᠠ ᠶᠢᠨ ᠰᠤᠷᠭᠠᠭᠤᠯᠢ ᠶᠢᠨ ᠪᠠᠭᠰᠢ ᠨᠠᠷ ᠤᠨ ᠰᠤᠷᠤ… xyxy=(1482,217,1498,1418)
text-column: ᠂ ᠬᠣᠲᠠ ᠶᠢᠨ ᠰᠤᠷᠭᠠᠭᠤᠯᠢ ᠶᠢᠨ ᠪᠠᠭᠰᠢ ᠨᠠᠷ ᠤᠨ ᠰᠤ… xyxy=(487,217,503,1418)
text-column: ᠶᠠᠪᠤᠭᠤᠯᠵᠤ ᠂ 6 ᠰᠠᠷ᠎ᠠ ᠶᠢᠨ 1 ᠡᠳᠦᠷ ᠲᠦ ᠬᠤᠷᠠᠯ … xyxy=(1134,1424,1150,2186)
text-column: ᠶᠢᠨ ᠴᠢᠨᠠᠷ ᠢ ᠳᠡᠭᠡᠭᠰᠢᠯᠡᠭᠦᠯᠬᠦ ᠠᠷᠭ᠎ᠠ ᠬᠡᠮᠵᠢᠶ᠎… xyxy=(345,217,361,1418)
text-column: ᠂ 6 ᠰᠠᠷ᠎ᠠ ᠶᠢᠨ 1 ᠡᠳᠦᠷ ᠲᠦ ᠬᠤᠷᠠᠯ ᠬᠢᠵᠦ ᠂ ᠪᠠᠭ… xyxy=(581,1424,598,2186)
text-column: ᠳᠤ ᠬᠦᠴᠦ ᠨᠡᠮᠡᠨ᠎ᠡ ᠂ ᠬᠣᠲᠠ ᠶᠢᠨ ᠰᠤᠷᠭᠠᠭᠤᠯᠢ ᠶᠢᠨ… xyxy=(282,217,298,1418)
text-column: ᠬᠦᠴᠦ ᠨᠡᠮᠡᠨ᠎ᠡ ᠂ ᠬᠣᠲᠠ ᠶᠢᠨ ᠰᠤᠷᠭᠠᠭᠤᠯᠢ ᠶᠢᠨ ᠪᠠ… xyxy=(1276,217,1292,1418)
text-column: ᠶᠢ ᠡᠷᠬᠢᠯᠡᠨ᠎ᠡ ᠄ 29 ᠳᠦᠭᠡᠷ ᠡᠳᠦᠷ ᠪᠣᠯᠤᠭᠰᠠᠨ ᠬᠤ… xyxy=(1103,217,1119,1418)
text-column: ᠪᠣᠯᠤᠭᠰᠠᠨ ᠬᠤᠷᠠᠯ ᠳᠤ ᠠᠵᠢᠯ ᠤᠨ ᠲᠥᠯᠦᠪᠯᠡᠭᠡ ᠶᠢ ᠪ… xyxy=(1513,217,1529,1418)
header-bar-middle xyxy=(959,176,1297,191)
text-column: ᠶᠢ ᠪᠠᠲᠤᠯᠠᠨ᠎ᠠ ᠂ ᠰᠤᠷᠭᠠᠯᠲᠠ ᠶᠢᠨ ᠴᠢᠨᠠᠷ ᠢ ᠳᠡᠭᠡ… xyxy=(1229,217,1245,1418)
text-column: ᠶᠢ ᠪᠠᠲᠤᠯᠠᠨ᠎ᠠ ᠂ ᠰᠤᠷᠭᠠᠯᠲᠠ ᠶᠢᠨ ᠴᠢᠨᠠᠷ ᠢ ᠳᠡᠭᠡ… xyxy=(534,217,551,1418)
text-column: 6 ᠰᠠᠷ᠎ᠠ ᠶᠢᠨ 1 ᠡᠳᠦᠷ ᠲᠦ ᠬᠤᠷᠠᠯ ᠬᠢᠵᠦ ᠂ ᠪᠠᠭᠰᠢ… xyxy=(676,1424,692,2186)
text-column: 29 ᠳᠦᠭᠡᠷ ᠡᠳᠦᠷ ᠪᠣᠯᠤᠭᠰᠠᠨ ᠬᠤᠷᠠᠯ ᠳᠤ ᠠᠵᠢᠯ ᠤᠨ … xyxy=(613,217,629,1418)
text-column: ᠶᠢᠨ ᠪᠠᠭᠰᠢ ᠨᠠᠷ ᠤᠨ ᠰᠤᠷᠤᠯᠴᠠᠭᠠ ᠶᠢ ᠡᠷᠬᠢᠯᠡᠨ᠎ᠡ … xyxy=(992,217,1008,1418)
text-column: ᠡᠬᠢᠯᠡᠨ ᠠᠵᠢᠯ ᠢ ᠶᠠᠪᠤᠭᠤᠯᠵᠤ ᠂ 6 ᠰᠠᠷ᠎ᠠ ᠶᠢᠨ 1 … xyxy=(850,1424,866,2186)
text-column: ᠬᠦᠴᠦ ᠨᠡᠮᠡᠨ᠎ᠡ ᠂ ᠬᠣᠲᠠ ᠶᠢᠨ ᠰᠤᠷᠭᠠᠭᠤᠯᠢ ᠶᠢᠨ ᠪᠠ… xyxy=(581,217,598,1418)
text-column: ᠴᠢᠨᠠᠷ ᠢ ᠳᠡᠭᠡᠭᠰᠢᠯᠡᠭᠦᠯᠬᠦ ᠠᠷᠭ᠎ᠠ ᠬᠡᠮᠵᠢᠶ᠎ᠡ ᠶᠢ… xyxy=(1339,217,1355,1418)
text-column: ᠤᠨ ᠠᠷᠭ᠎ᠠ ᠪᠣᠯᠪᠠᠰᠤᠷᠠᠯ ᠢ ᠰᠠᠶᠢᠵᠢᠷᠠᠭᠤᠯᠤᠨ᠎ᠠ ᠄ … xyxy=(992,1424,1008,2186)
text-column: ᠦᠨ ᠠᠵᠢᠯ ᠢ ᠰᠠᠶᠢᠵᠢᠷᠠᠭᠤᠯᠬᠤ ᠳᠤ ᠬᠦᠴᠦ ᠨᠡᠮᠡᠨ᠎ᠡ … xyxy=(471,217,487,1418)
text-column: ᠰᠠᠨᠠᠯ ᠢ ᠰᠣᠨᠣᠰᠴᠤ ᠠᠵᠢᠯ ᠤᠨ ᠠᠷᠭ᠎ᠠ ᠪᠣᠯᠪᠠᠰᠤᠷᠠᠯ… xyxy=(1261,1424,1277,2186)
page-number: 2 xyxy=(142,151,178,212)
text-column: ᠠᠷᠭ᠎ᠠ ᠪᠣᠯᠪᠠᠰᠤᠷᠠᠯ ᠢ ᠰᠠᠶᠢᠵᠢᠷᠠᠭᠤᠯᠤᠨ᠎ᠠ ᠄ ᠰᠤᠷ… xyxy=(1086,1424,1103,2186)
text-column: ᠶᠢ ᠰᠠᠶᠢᠵᠢᠷᠠᠭᠤᠯᠬᠤ ᠂ 2020 ᠣᠨ ᠠᠴᠠ ᠡᠬᠢᠯᠡᠨ ᠠᠵ… xyxy=(929,1424,945,2186)
text-column: ᠤᠨ ᠠᠷᠭ᠎ᠠ ᠪᠣᠯᠪᠠᠰᠤᠷᠠᠯ ᠢ ᠰᠠᠶᠢᠵᠢᠷᠠᠭᠤᠯᠤᠨ᠎ᠠ ᠄ … xyxy=(345,1424,361,2186)
text-column: ᠢ ᠰᠣᠨᠣᠰᠴᠤ ᠠᠵᠢᠯ ᠤᠨ ᠠᠷᠭ᠎ᠠ ᠪᠣᠯᠪᠠᠰᠤᠷᠠᠯ ᠢ ᠰᠠᠶ… xyxy=(708,1424,724,2186)
text-column: ᠢ ᠰᠠᠶᠢᠵᠢᠷᠠᠭᠤᠯᠤᠨ᠎ᠠ ᠄ ᠰᠤᠷᠭᠠᠭᠤᠯᠢ ᠶᠢᠨ ᠮᠣᠩᠭᠣᠯ… xyxy=(1276,1424,1292,2186)
text-column: ᠠᠷᠭ᠎ᠠ ᠬᠡᠮᠵᠢᠶ᠎ᠡ ᠶᠢ ᠬᠡᠷᠡᠭᠵᠢᠭᠦᠯᠦᠨ᠎ᠡ ᠄ ᠮᠣᠩᠭᠣ… xyxy=(850,217,866,1418)
text-column: ᠬᠢᠵᠦ ᠂ ᠪᠠᠭᠰᠢ ᠰᠤᠷᠤᠭᠴᠢ ᠨᠠᠷ ᠤᠨ ᠰᠠᠨᠠᠯ ᠢ ᠰᠣᠨᠣ… xyxy=(692,1424,708,2186)
text-column: ᠬᠤᠷᠠᠯ ᠬᠢᠵᠦ ᠂ ᠪᠠᠭᠰᠢ ᠰᠤᠷᠤᠭᠴᠢ ᠨᠠᠷ ᠤᠨ ᠰᠠᠨᠠᠯ … xyxy=(598,1424,614,2186)
text-column: ᠬᠡᠮᠵᠢᠶ᠎ᠡ ᠶᠢ ᠬᠡᠷᠡᠭᠵᠢᠭᠦᠯᠦᠨ᠎ᠡ ᠄ ᠮᠣᠩᠭᠣᠯ ᠬᠡᠯᠡ… xyxy=(1150,217,1166,1418)
text-column: ᠬᠢᠵᠦ ᠂ ᠪᠠᠭᠰᠢ ᠰᠤᠷᠤᠭᠴᠢ ᠨᠠᠷ ᠤᠨ ᠰᠠᠨᠠᠯ ᠢ ᠰᠣᠨᠣ… xyxy=(1339,1424,1355,2186)
text-column: ᠤᠨ ᠲᠥᠯᠦᠪᠯᠡᠭᠡ ᠶᠢ ᠪᠠᠲᠤᠯᠠᠨ᠎ᠠ ᠂ ᠰᠤᠷᠭᠠᠯᠲᠠ ᠶᠢᠨ… xyxy=(1324,217,1340,1418)
header-rule xyxy=(116,197,1555,199)
text-column: ᠳᠤ ᠠᠵᠢᠯ ᠤᠨ ᠲᠥᠯᠦᠪᠯᠡᠭᠡ ᠶᠢ ᠪᠠᠲᠤᠯᠠᠨ᠎ᠠ ᠂ ᠰᠤᠷᠭ… xyxy=(1418,217,1435,1418)
text-column: ᠳᠡᠭᠡᠭᠰᠢᠯᠡᠭᠦᠯᠬᠦ ᠠᠷᠭ᠎ᠠ ᠬᠡᠮᠵᠢᠶ᠎ᠡ ᠶᠢ ᠬᠡᠷᠡᠭᠵᠢ… xyxy=(550,217,566,1418)
text-column: ᠢ ᠰᠠᠶᠢᠵᠢᠷᠠᠭᠤᠯᠬᠤ ᠳᠤ ᠬᠦᠴᠦ ᠨᠡᠮᠡᠨ᠎ᠡ ᠂ ᠬᠣᠲᠠ ᠶ… xyxy=(377,217,393,1418)
text-column: ᠠᠵᠢᠯ ᠤᠨ ᠠᠷᠭ᠎ᠠ ᠪᠣᠯᠪᠠᠰᠤᠷᠠᠯ ᠢ ᠰᠠᠶᠢᠵᠢᠷᠠᠭᠤᠯᠤᠨ… xyxy=(897,1424,913,2186)
page-number-badge: 2 xyxy=(123,145,197,219)
text-column: ᠮᠣᠩᠭᠣᠯ ᠬᠡᠯᠡ ᠪᠢᠴᠢᠭ ᠦᠨ ᠠᠵᠢᠯ ᠢ ᠰᠠᠶᠢᠵᠢᠷᠠᠭᠤᠯᠬ… xyxy=(960,217,976,1418)
text-column: 6 ᠰᠠᠷ᠎ᠠ ᠶᠢᠨ 1 ᠡᠳᠦᠷ ᠲᠦ ᠬᠤᠷᠠᠯ ᠬᠢᠵᠦ ᠂ ᠪᠠᠭᠰᠢ… xyxy=(1324,1424,1340,2186)
text-column: ᠢ ᠶᠠᠪᠤᠭᠤᠯᠵᠤ ᠂ 6 ᠰᠠᠷ᠎ᠠ ᠶᠢᠨ 1 ᠡᠳᠦᠷ ᠲᠦ ᠬᠤᠷᠠ… xyxy=(392,1424,408,2186)
text-column: ᠰᠣᠨᠣᠰᠴᠤ ᠠᠵᠢᠯ ᠤᠨ ᠠᠷᠭ᠎ᠠ ᠪᠣᠯᠪᠠᠰᠤᠷᠠᠯ ᠢ ᠰᠠᠶᠢᠵ… xyxy=(802,1424,819,2186)
text-column: ᠶᠢᠨ ᠰᠤᠷᠭᠠᠭᠤᠯᠢ ᠶᠢᠨ ᠪᠠᠭᠰᠢ ᠨᠠᠷ ᠤᠨ ᠰᠤᠷᠤᠯᠴᠠᠭᠠ… xyxy=(1086,217,1103,1418)
text-column: ᠪᠠᠲᠤᠯᠠᠨ᠎ᠠ ᠂ ᠰᠤᠷᠭᠠᠯᠲᠠ ᠶᠢᠨ ᠴᠢᠨᠠᠷ ᠢ ᠳᠡᠭᠡᠭᠰᠢ… xyxy=(834,217,850,1418)
